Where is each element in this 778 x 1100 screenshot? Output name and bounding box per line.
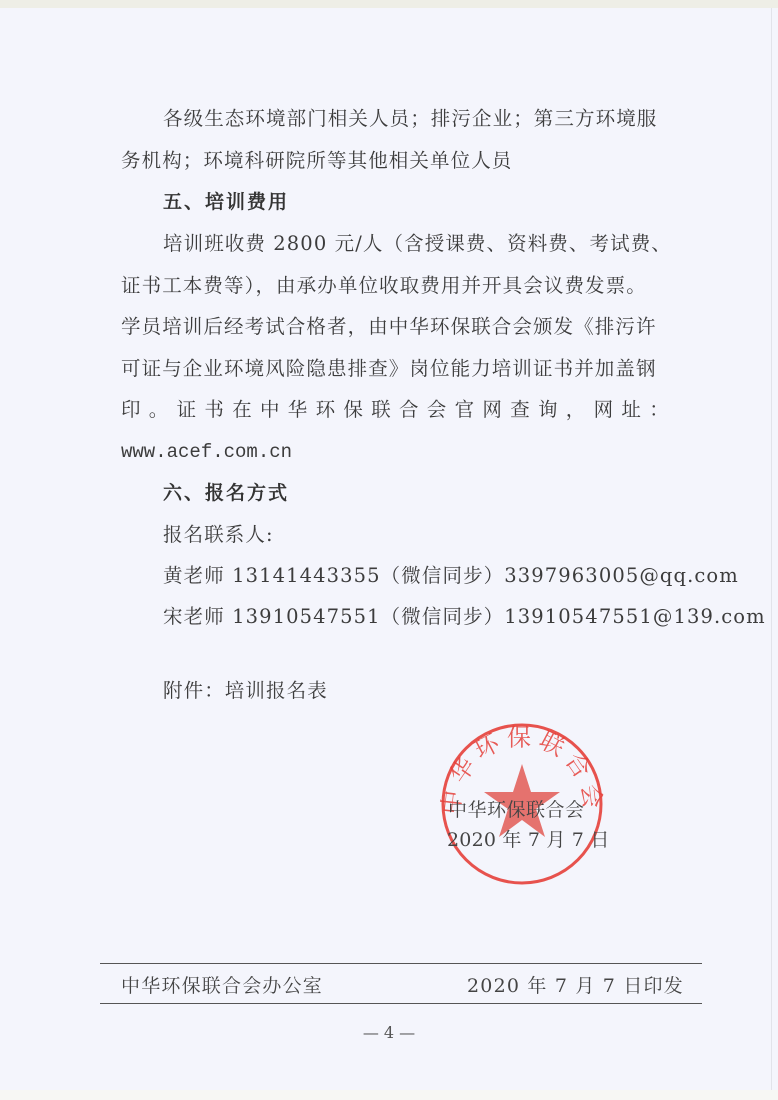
section-heading-fees: 五、培训费用 [163,190,289,214]
scan-right-edge [771,8,772,1098]
contact-huang: 黄老师 13141443355（微信同步）3397963005@qq.com [163,564,739,588]
section-heading-registration: 六、报名方式 [163,481,289,505]
paragraph-line: 学员培训后经考试合格者，由中华环保联合会颁发《排污许 [121,315,657,339]
paragraph-line: 各级生态环境部门相关人员；排污企业；第三方环境服 [163,107,657,131]
footer-issuer: 中华环保联合会办公室 [121,974,323,998]
signature-date: 2020 年 7 月 7 日 [447,828,610,852]
footer-issue-date: 2020 年 7 月 7 日印发 [467,974,684,998]
scan-top-edge [0,0,778,8]
paragraph-line: 证书工本费等），由承办单位收取费用并开具会议费发票。 [121,274,647,298]
signature-organization: 中华环保联合会 [448,798,585,822]
website-url[interactable]: www.acef.com.cn [121,440,292,464]
footer-top-rule [100,963,702,964]
paragraph-line: 培训班收费 2800 元/人（含授课费、资料费、考试费、 [163,232,672,256]
document-page: 各级生态环境部门相关人员；排污企业；第三方环境服 务机构；环境科研院所等其他相关… [0,0,778,1100]
attachment-note: 附件：培训报名表 [163,679,328,703]
paragraph-line: 印。证书在中华环保联合会官网查询，网址： [121,398,677,422]
paragraph-line: 务机构；环境科研院所等其他相关单位人员 [121,149,512,173]
contact-song: 宋老师 13910547551（微信同步）13910547551@139.com [163,605,766,629]
page-number: — 4 — [0,1023,778,1042]
paragraph-line: 可证与企业环境风险隐患排查》岗位能力培训证书并加盖钢 [121,357,657,381]
footer-bottom-rule [100,1003,702,1004]
scan-bottom-edge [0,1090,778,1100]
contact-label: 报名联系人: [163,523,274,547]
